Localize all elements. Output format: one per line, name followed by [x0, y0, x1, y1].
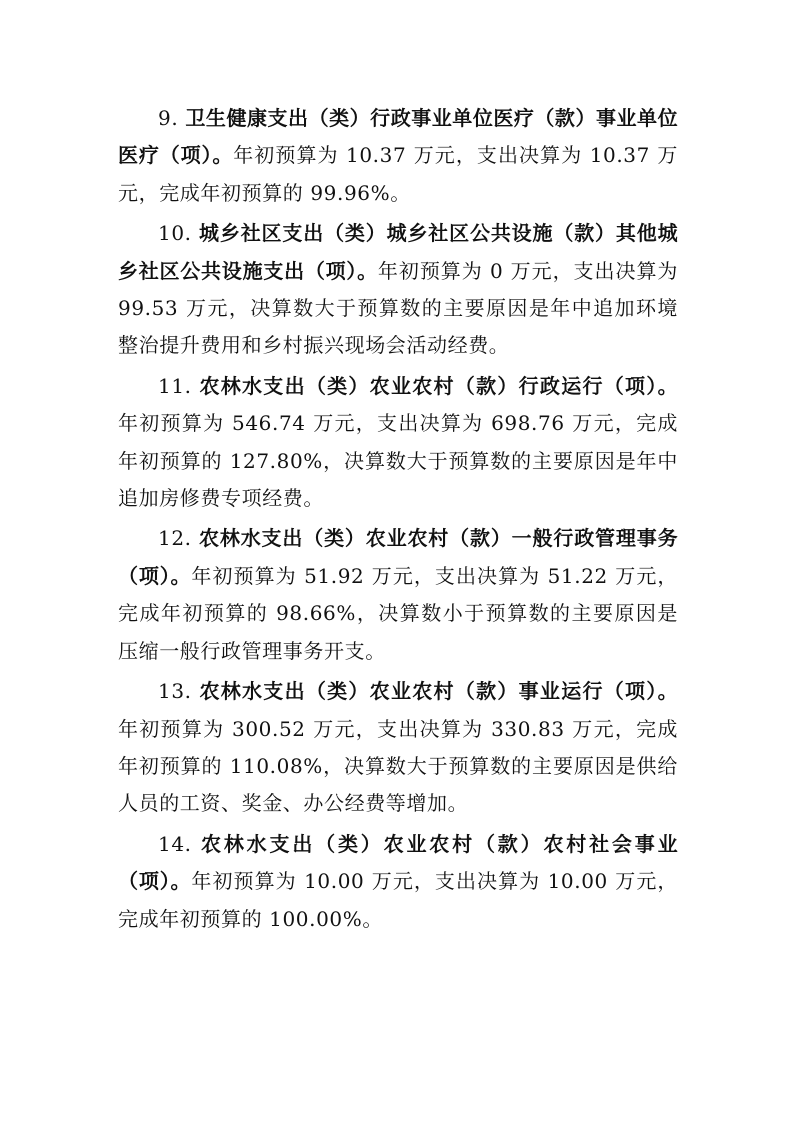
item-body: 年初预算为 300.52 万元，支出决算为 330.83 万元，完成年初预算的 …: [118, 717, 678, 816]
paragraph-item-14: 14. 农林水支出（类）农业农村（款）农村社会事业（项）。年初预算为 10.00…: [118, 826, 678, 938]
item-number: 13.: [158, 679, 192, 703]
item-number: 9.: [158, 106, 178, 130]
item-number: 12.: [158, 526, 192, 550]
paragraph-item-11: 11. 农林水支出（类）农业农村（款）行政运行（项）。年初预算为 546.74 …: [118, 368, 678, 518]
item-number: 14.: [158, 832, 192, 856]
item-number: 10.: [158, 221, 192, 245]
paragraph-item-10: 10. 城乡社区支出（类）城乡社区公共设施（款）其他城乡社区公共设施支出（项）。…: [118, 215, 678, 365]
item-body: 年初预算为 10.00 万元，支出决算为 10.00 万元，完成年初预算的 10…: [118, 869, 678, 930]
paragraph-item-12: 12. 农林水支出（类）农业农村（款）一般行政管理事务（项）。年初预算为 51.…: [118, 520, 678, 670]
item-heading: 农林水支出（类）农业农村（款）事业运行（项）。: [199, 679, 678, 703]
paragraph-item-9: 9. 卫生健康支出（类）行政事业单位医疗（款）事业单位医疗（项）。年初预算为 1…: [118, 100, 678, 212]
item-heading: 农林水支出（类）农业农村（款）行政运行（项）。: [199, 374, 678, 398]
item-number: 11.: [158, 374, 192, 398]
document-page: 9. 卫生健康支出（类）行政事业单位医疗（款）事业单位医疗（项）。年初预算为 1…: [118, 100, 678, 938]
item-body: 年初预算为 546.74 万元，支出决算为 698.76 万元，完成年初预算的 …: [118, 411, 678, 510]
paragraph-item-13: 13. 农林水支出（类）农业农村（款）事业运行（项）。年初预算为 300.52 …: [118, 673, 678, 823]
item-body: 年初预算为 51.92 万元，支出决算为 51.22 万元，完成年初预算的 98…: [118, 564, 678, 663]
